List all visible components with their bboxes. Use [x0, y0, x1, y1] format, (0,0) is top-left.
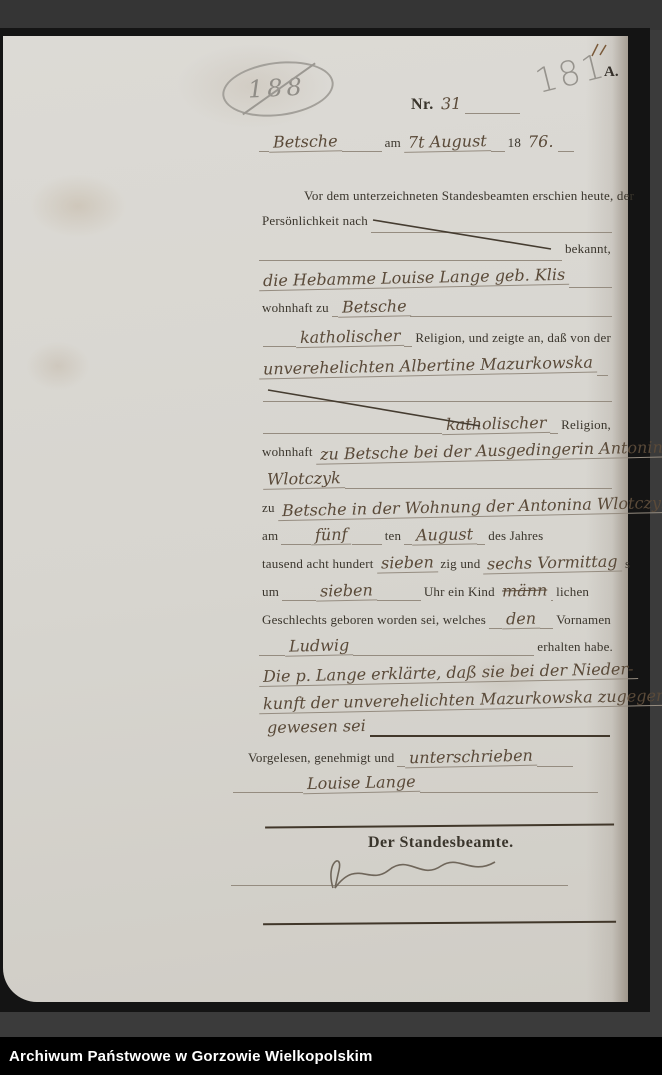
printed-form-text: 18 — [505, 135, 524, 151]
handwritten-entry: 31 — [436, 94, 465, 114]
handwritten-entry: männ — [498, 580, 552, 600]
form-line-um: umsiebenUhr ein Kindmännlichen — [259, 581, 616, 601]
handwritten-entry: 7t August — [404, 131, 491, 153]
form-line-erkl3: gewesen sei — [263, 717, 610, 737]
form-line-mazur: unverehelichten Albertine Mazurkowska — [259, 356, 608, 376]
blank-underline — [420, 776, 598, 793]
blank-underline — [550, 417, 558, 434]
printed-form-text: Geschlechts geboren worden sei, welches — [259, 612, 489, 628]
blank-underline — [342, 135, 382, 152]
handwritten-entry: Betsche — [269, 131, 342, 153]
printed-form-text: Religion, — [558, 417, 614, 433]
printed-form-text: wohnhaft zu — [259, 300, 332, 316]
printed-form-text: des Jahres — [485, 528, 546, 544]
blank-underline — [540, 612, 553, 629]
printed-form-text: ten — [382, 528, 404, 544]
heavy-rule — [265, 807, 614, 828]
blank-underline — [569, 271, 612, 288]
form-line-date: Betscheam7t August1876. — [259, 132, 612, 152]
handwritten-entry: zu Betsche bei der Ausgedingerin Antonin… — [316, 437, 662, 465]
blank-underline — [410, 300, 612, 317]
blank-underline — [558, 135, 574, 152]
form-line-hebamme: die Hebamme Louise Lange geb. Klis — [259, 268, 612, 288]
form-line-geschlecht: Geschlechts geboren worden sei, welchesd… — [259, 609, 614, 629]
printed-form-text: Vornamen — [553, 612, 614, 628]
handwritten-entry: katholischer — [296, 326, 405, 348]
blank-underline — [597, 359, 608, 376]
heavy-rule — [263, 905, 616, 925]
handwritten-entry: fünf — [311, 525, 352, 546]
form-line-vorgelesen: Vorgelesen, genehmigt undunterschrieben — [245, 747, 588, 767]
printed-form-text: Religion, und zeigte an, daß von der — [412, 330, 614, 346]
blank-underline — [231, 869, 568, 886]
blank-underline — [477, 528, 485, 545]
blank-underline — [489, 612, 502, 629]
printed-form-text: Nr. — [408, 96, 437, 114]
form-line-intro: Vor dem unterzeichneten Standesbeamten e… — [301, 188, 637, 208]
printed-form-text: lichen — [553, 584, 592, 600]
blank-underline — [404, 330, 412, 347]
form-line-bekannt: bekannt, — [259, 241, 614, 261]
printed-form-text: Vor dem unterzeichneten Standesbeamten e… — [301, 188, 637, 204]
handwritten-entry: sieben — [376, 552, 437, 573]
blank-underline — [353, 639, 534, 656]
form-line-wohnhaft2: wohnhaftzu Betsche bei der Ausgedingerin… — [259, 441, 612, 461]
printed-form-text: am — [382, 135, 404, 151]
blank-underline — [233, 776, 303, 793]
handwritten-entry: gewesen sei — [263, 716, 370, 737]
printed-form-text: am — [259, 528, 281, 544]
document-page: 188 181 A. Nr.31Betscheam7t August1876.V… — [3, 36, 628, 1002]
pencil-slash — [219, 55, 337, 122]
form-line-hr1 — [265, 805, 614, 828]
blank-underline — [263, 385, 612, 402]
blank-underline — [263, 417, 442, 434]
printed-form-text: Vorgelesen, genehmigt und — [245, 750, 397, 766]
handwritten-entry: sechs Vormittag — [483, 552, 622, 575]
handwritten-entry: August — [412, 524, 477, 545]
form-line-erkl2: kunft der unverehelichten Mazurkowska zu… — [259, 690, 608, 710]
document-photo: 188 181 A. Nr.31Betscheam7t August1876.V… — [0, 28, 650, 1012]
handwritten-entry: unterschrieben — [405, 746, 537, 769]
blank-underline — [282, 584, 316, 601]
form-line-wlotczyk: Wlotczyk — [263, 469, 612, 489]
heavy-rule — [370, 719, 610, 737]
form-line-erkl1: Die p. Lange erklärte, daß sie bei der N… — [259, 663, 612, 683]
printed-form-text: um — [259, 584, 282, 600]
handwritten-entry: die Hebamme Louise Lange geb. Klis — [259, 265, 570, 291]
blank-underline — [345, 472, 612, 489]
form-line-wohnung: zuBetsche in der Wohnung der Antonina Wl… — [259, 497, 614, 517]
form-line-ludwig: Ludwigerhalten habe. — [259, 636, 616, 656]
handwritten-entry: unverehelichten Albertine Mazurkowska — [259, 352, 597, 379]
form-line-tausend: tausend acht hundertsiebenzig undsechs V… — [259, 553, 614, 573]
blank-underline — [371, 216, 612, 233]
handwritten-entry: Betsche — [338, 296, 411, 318]
handwritten-entry: den — [502, 609, 540, 630]
printed-form-text: s — [622, 556, 633, 572]
printed-form-text: Uhr ein Kind — [421, 584, 498, 600]
handwritten-entry: Louise Lange — [303, 772, 420, 794]
archive-caption: Archiwum Państwowe w Gorzowie Wielkopols… — [0, 1048, 373, 1065]
ink-mark — [588, 42, 612, 58]
form-line-religion2: katholischerReligion, — [263, 414, 614, 434]
printed-form-text: Persönlichkeit nach — [259, 213, 371, 229]
handwritten-entry: katholischer — [442, 413, 551, 435]
blank-underline — [537, 750, 573, 767]
handwritten-entry: Ludwig — [285, 635, 354, 656]
form-line-hr2 — [263, 903, 616, 925]
form-line-pers: Persönlichkeit nach — [259, 213, 612, 233]
blank-underline — [491, 135, 505, 152]
form-line-wohnhaft1: wohnhaft zuBetsche — [259, 297, 612, 317]
handwritten-entry: sieben — [316, 580, 377, 601]
blank-underline — [465, 97, 520, 114]
pencil-oval-annotation: 188 — [219, 55, 337, 122]
printed-form-text: zu — [259, 500, 278, 516]
blank-underline — [259, 244, 562, 261]
blank-underline — [281, 528, 311, 545]
printed-form-text: bekannt, — [562, 241, 614, 257]
archive-scan-viewer: 188 181 A. Nr.31Betscheam7t August1876.V… — [0, 0, 662, 1075]
blank-underline — [263, 330, 296, 347]
form-line-sig2line — [231, 866, 568, 886]
caption-bar: Archiwum Państwowe w Gorzowie Wielkopols… — [0, 1037, 662, 1075]
form-line-louise: Louise Lange — [233, 773, 598, 793]
printed-form-text: zig und — [437, 556, 483, 572]
printed-form-text: erhalten habe. — [534, 639, 616, 655]
handwritten-entry: kunft der unverehelichten Mazurkowska zu… — [259, 686, 662, 715]
form-line-religion1: katholischerReligion, und zeigte an, daß… — [263, 327, 614, 347]
handwritten-entry: Die p. Lange erklärte, daß sie bei der N… — [259, 659, 638, 687]
corner-letter: A. — [604, 64, 619, 81]
handwritten-entry: 76. — [524, 132, 558, 152]
printed-form-text: wohnhaft — [259, 444, 316, 460]
form-line-nr: Nr.31 — [408, 94, 520, 114]
handwritten-entry: Wlotczyk — [263, 468, 345, 490]
form-line-standesbeamte: Der Standesbeamte. — [365, 834, 517, 854]
form-line-amline: amfünftenAugustdes Jahres — [259, 525, 614, 545]
printed-form-text: Der Standesbeamte. — [365, 834, 517, 852]
blank-underline — [259, 639, 285, 656]
form-line-blankrule — [263, 382, 612, 402]
blank-underline — [259, 135, 269, 152]
blank-underline — [352, 528, 382, 545]
blank-underline — [377, 584, 421, 601]
printed-form-text: tausend acht hundert — [259, 556, 377, 572]
handwritten-entry: Betsche in der Wohnung der Antonina Wlot… — [278, 493, 662, 521]
